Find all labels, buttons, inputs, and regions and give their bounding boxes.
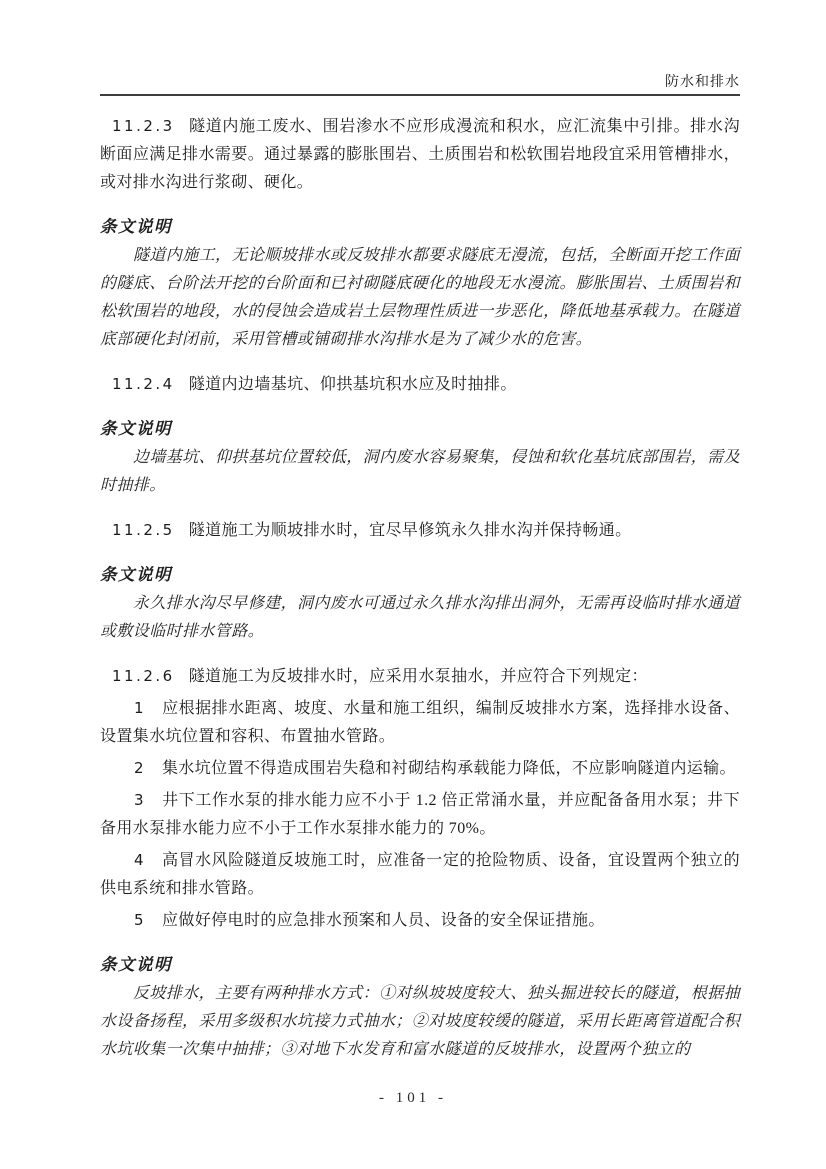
list-item-1: 1应根据排水距离、坡度、水量和施工组织，编制反坡排水方案，选择排水设备、设置集水… bbox=[100, 694, 740, 751]
list-item-2: 2集水坑位置不得造成围岩失稳和衬砌结构承载能力降低，不应影响隧道内运输。 bbox=[100, 754, 740, 783]
list-item-text: 集水坑位置不得造成围岩失稳和衬砌结构承载能力降低，不应影响隧道内运输。 bbox=[162, 760, 736, 777]
list-item-text: 应做好停电时的应急排水预案和人员、设备的安全保证措施。 bbox=[162, 912, 605, 929]
commentary-text-1: 隧道内施工，无论顺坡排水或反坡排水都要求隧底无漫流，包括，全断面开挖工作面的隧底… bbox=[100, 242, 740, 354]
list-item-number: 3 bbox=[134, 791, 144, 809]
list-item-3: 3井下工作水泵的排水能力应不小于 1.2 倍正常涌水量，并应配备备用水泵；井下备… bbox=[100, 786, 740, 843]
commentary-heading-3: 条文说明 bbox=[100, 561, 740, 589]
commentary-text-3: 永久排水沟尽早修建，洞内废水可通过永久排水沟排出洞外，无需再设临时排水通道或敷设… bbox=[100, 590, 740, 646]
commentary-heading-2: 条文说明 bbox=[100, 415, 740, 443]
list-item-number: 2 bbox=[134, 759, 144, 777]
provision-text: 隧道内边墙基坑、仰拱基坑积水应及时抽排。 bbox=[189, 376, 517, 393]
list-item-5: 5应做好停电时的应急排水预案和人员、设备的安全保证措施。 bbox=[100, 906, 740, 935]
header-rule bbox=[100, 94, 740, 96]
running-header-title: 防水和排水 bbox=[665, 74, 740, 90]
commentary-text-4: 反坡排水，主要有两种排水方式：①对纵坡坡度较大、独头掘进较长的隧道，根据抽水设备… bbox=[100, 980, 740, 1064]
provision-11-2-5: 11.2.5隧道施工为顺坡排水时，宜尽早修筑永久排水沟并保持畅通。 bbox=[100, 516, 740, 545]
list-item-4: 4高冒水风险隧道反坡施工时，应准备一定的抢险物质、设备，宜设置两个独立的供电系统… bbox=[100, 846, 740, 903]
provision-text: 隧道施工为反坡排水时，应采用水泵抽水，并应符合下列规定： bbox=[189, 668, 648, 685]
list-item-text: 井下工作水泵的排水能力应不小于 1.2 倍正常涌水量，并应配备备用水泵；井下备用… bbox=[100, 792, 740, 837]
page-header: 防水和排水 bbox=[100, 72, 740, 92]
page-content: 防水和排水 11.2.3隧道内施工废水、围岩渗水不应形成漫流和积水，应汇流集中引… bbox=[100, 0, 740, 1064]
provision-number: 11.2.3 bbox=[112, 117, 175, 135]
provision-11-2-3: 11.2.3隧道内施工废水、围岩渗水不应形成漫流和积水，应汇流集中引排。排水沟断… bbox=[100, 112, 740, 197]
list-item-text: 高冒水风险隧道反坡施工时，应准备一定的抢险物质、设备，宜设置两个独立的供电系统和… bbox=[100, 852, 740, 897]
commentary-heading-4: 条文说明 bbox=[100, 951, 740, 979]
provision-number: 11.2.4 bbox=[112, 375, 175, 393]
page-number: - 101 - bbox=[379, 1090, 447, 1106]
list-item-number: 4 bbox=[134, 851, 144, 869]
list-item-number: 1 bbox=[134, 699, 144, 717]
commentary-heading-1: 条文说明 bbox=[100, 213, 740, 241]
provision-number: 11.2.5 bbox=[112, 521, 175, 539]
list-item-number: 5 bbox=[134, 911, 144, 929]
document-page: 防水和排水 11.2.3隧道内施工废水、围岩渗水不应形成漫流和积水，应汇流集中引… bbox=[0, 0, 826, 1169]
provision-11-2-6: 11.2.6隧道施工为反坡排水时，应采用水泵抽水，并应符合下列规定： bbox=[100, 662, 740, 691]
provision-text: 隧道施工为顺坡排水时，宜尽早修筑永久排水沟并保持畅通。 bbox=[189, 522, 632, 539]
provision-number: 11.2.6 bbox=[112, 667, 175, 685]
commentary-text-2: 边墙基坑、仰拱基坑位置较低，洞内废水容易聚集，侵蚀和软化基坑底部围岩，需及时抽排… bbox=[100, 444, 740, 500]
provision-11-2-4: 11.2.4隧道内边墙基坑、仰拱基坑积水应及时抽排。 bbox=[100, 370, 740, 399]
list-item-text: 应根据排水距离、坡度、水量和施工组织，编制反坡排水方案，选择排水设备、设置集水坑… bbox=[100, 700, 740, 745]
page-footer: - 101 - bbox=[0, 1090, 826, 1107]
provision-text: 隧道内施工废水、围岩渗水不应形成漫流和积水，应汇流集中引排。排水沟断面应满足排水… bbox=[100, 118, 740, 191]
